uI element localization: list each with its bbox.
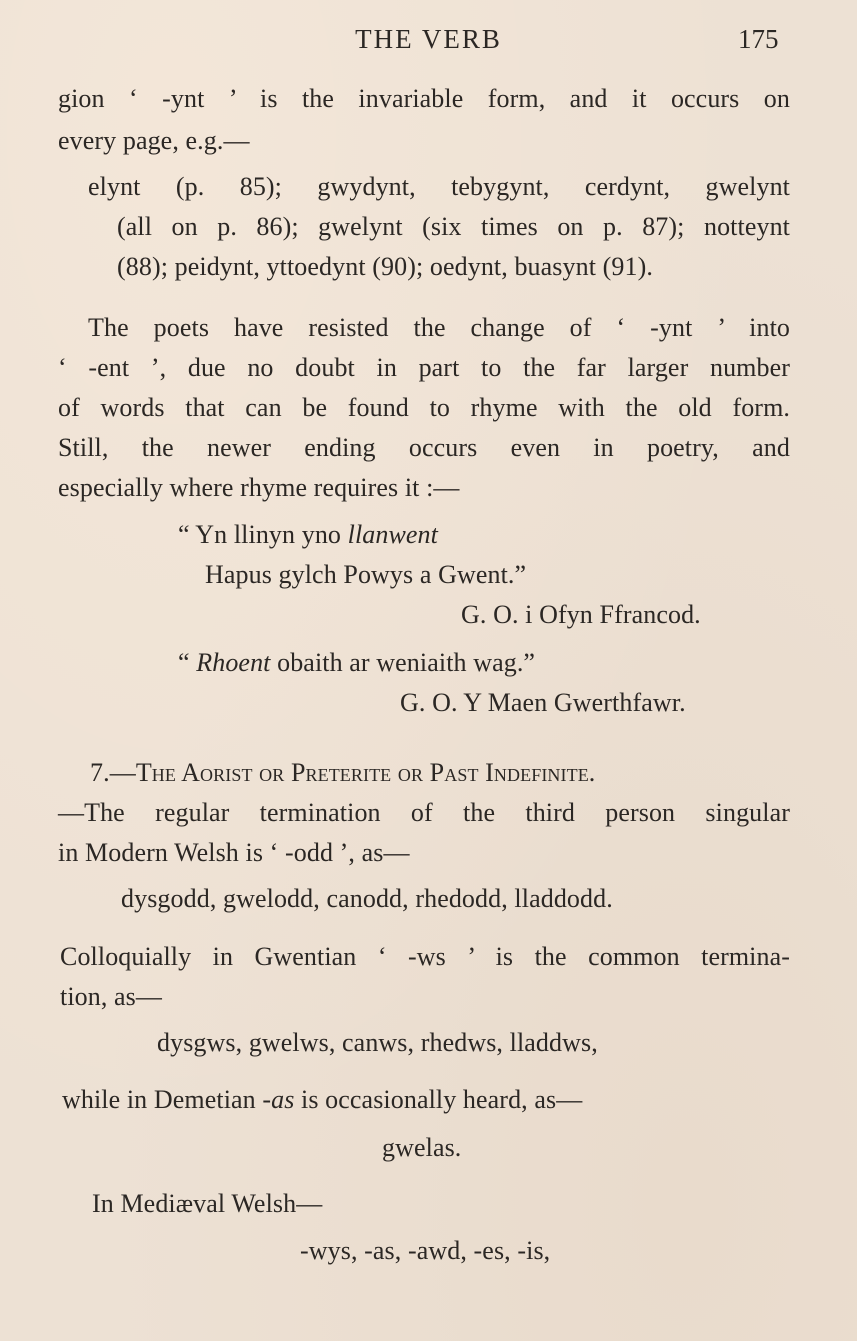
quote-text: “ Yn llinyn yno (178, 520, 348, 549)
section-number: 7.— (90, 758, 136, 787)
running-header: THE VERB (0, 24, 857, 55)
text-line: ‘ -ent ’, due no doubt in part to the fa… (58, 353, 790, 383)
text-line: in Modern Welsh is ‘ -odd ’, as— (58, 838, 410, 868)
quote-italic: llanwent (348, 520, 438, 549)
quote-line: Hapus gylch Powys a Gwent.” (205, 560, 526, 590)
example-line: (all on p. 86); gwelynt (six times on p.… (117, 212, 790, 242)
example-line: elynt (p. 85); gwydynt, tebygynt, cerdyn… (88, 172, 790, 202)
section-title: The Aorist or Preterite or Past Indefini… (136, 758, 596, 787)
text-line: The poets have resisted the change of ‘ … (88, 313, 790, 343)
text-line: Still, the newer ending occurs even in p… (58, 433, 790, 463)
text-span: is occasionally heard, as— (294, 1085, 582, 1114)
quote-line: “ Yn llinyn yno llanwent (178, 520, 438, 550)
example-line: (88); peidynt, yttoedynt (90); oedynt, b… (117, 252, 653, 282)
example-line: dysgodd, gwelodd, canodd, rhedodd, lladd… (121, 884, 613, 914)
text-line: In Mediæval Welsh— (92, 1189, 322, 1219)
quote-text: “ (178, 648, 196, 677)
text-line: tion, as— (60, 982, 162, 1012)
quote-italic: Rhoent (196, 648, 270, 677)
example-line: -wys, -as, -awd, -es, -is, (300, 1236, 550, 1266)
text-span: while in Demetian (62, 1085, 262, 1114)
example-line: dysgws, gwelws, canws, rhedws, lladdws, (157, 1028, 598, 1058)
book-page: THE VERB 175 gion ‘ -ynt ’ is the invari… (0, 0, 857, 1341)
text-line: every page, e.g.— (58, 126, 250, 156)
text-line: while in Demetian -as is occasionally he… (62, 1085, 582, 1115)
text-line: gion ‘ -ynt ’ is the invariable form, an… (58, 84, 790, 114)
quote-attribution: G. O. Y Maen Gwerthfawr. (400, 688, 686, 718)
quote-text: obaith ar weniaith wag.” (271, 648, 536, 677)
text-line: Colloquially in Gwentian ‘ -ws ’ is the … (60, 942, 790, 972)
page-number: 175 (738, 24, 779, 55)
text-line: of words that can be found to rhyme with… (58, 393, 790, 423)
text-line: especially where rhyme requires it :— (58, 473, 460, 503)
quote-line: “ Rhoent obaith ar weniaith wag.” (178, 648, 535, 678)
text-line: —The regular termination of the third pe… (58, 798, 790, 828)
section-heading: 7.—The Aorist or Preterite or Past Indef… (90, 758, 790, 788)
quote-attribution: G. O. i Ofyn Ffrancod. (461, 600, 701, 630)
example-line: gwelas. (382, 1133, 461, 1163)
text-italic: -as (262, 1085, 294, 1114)
